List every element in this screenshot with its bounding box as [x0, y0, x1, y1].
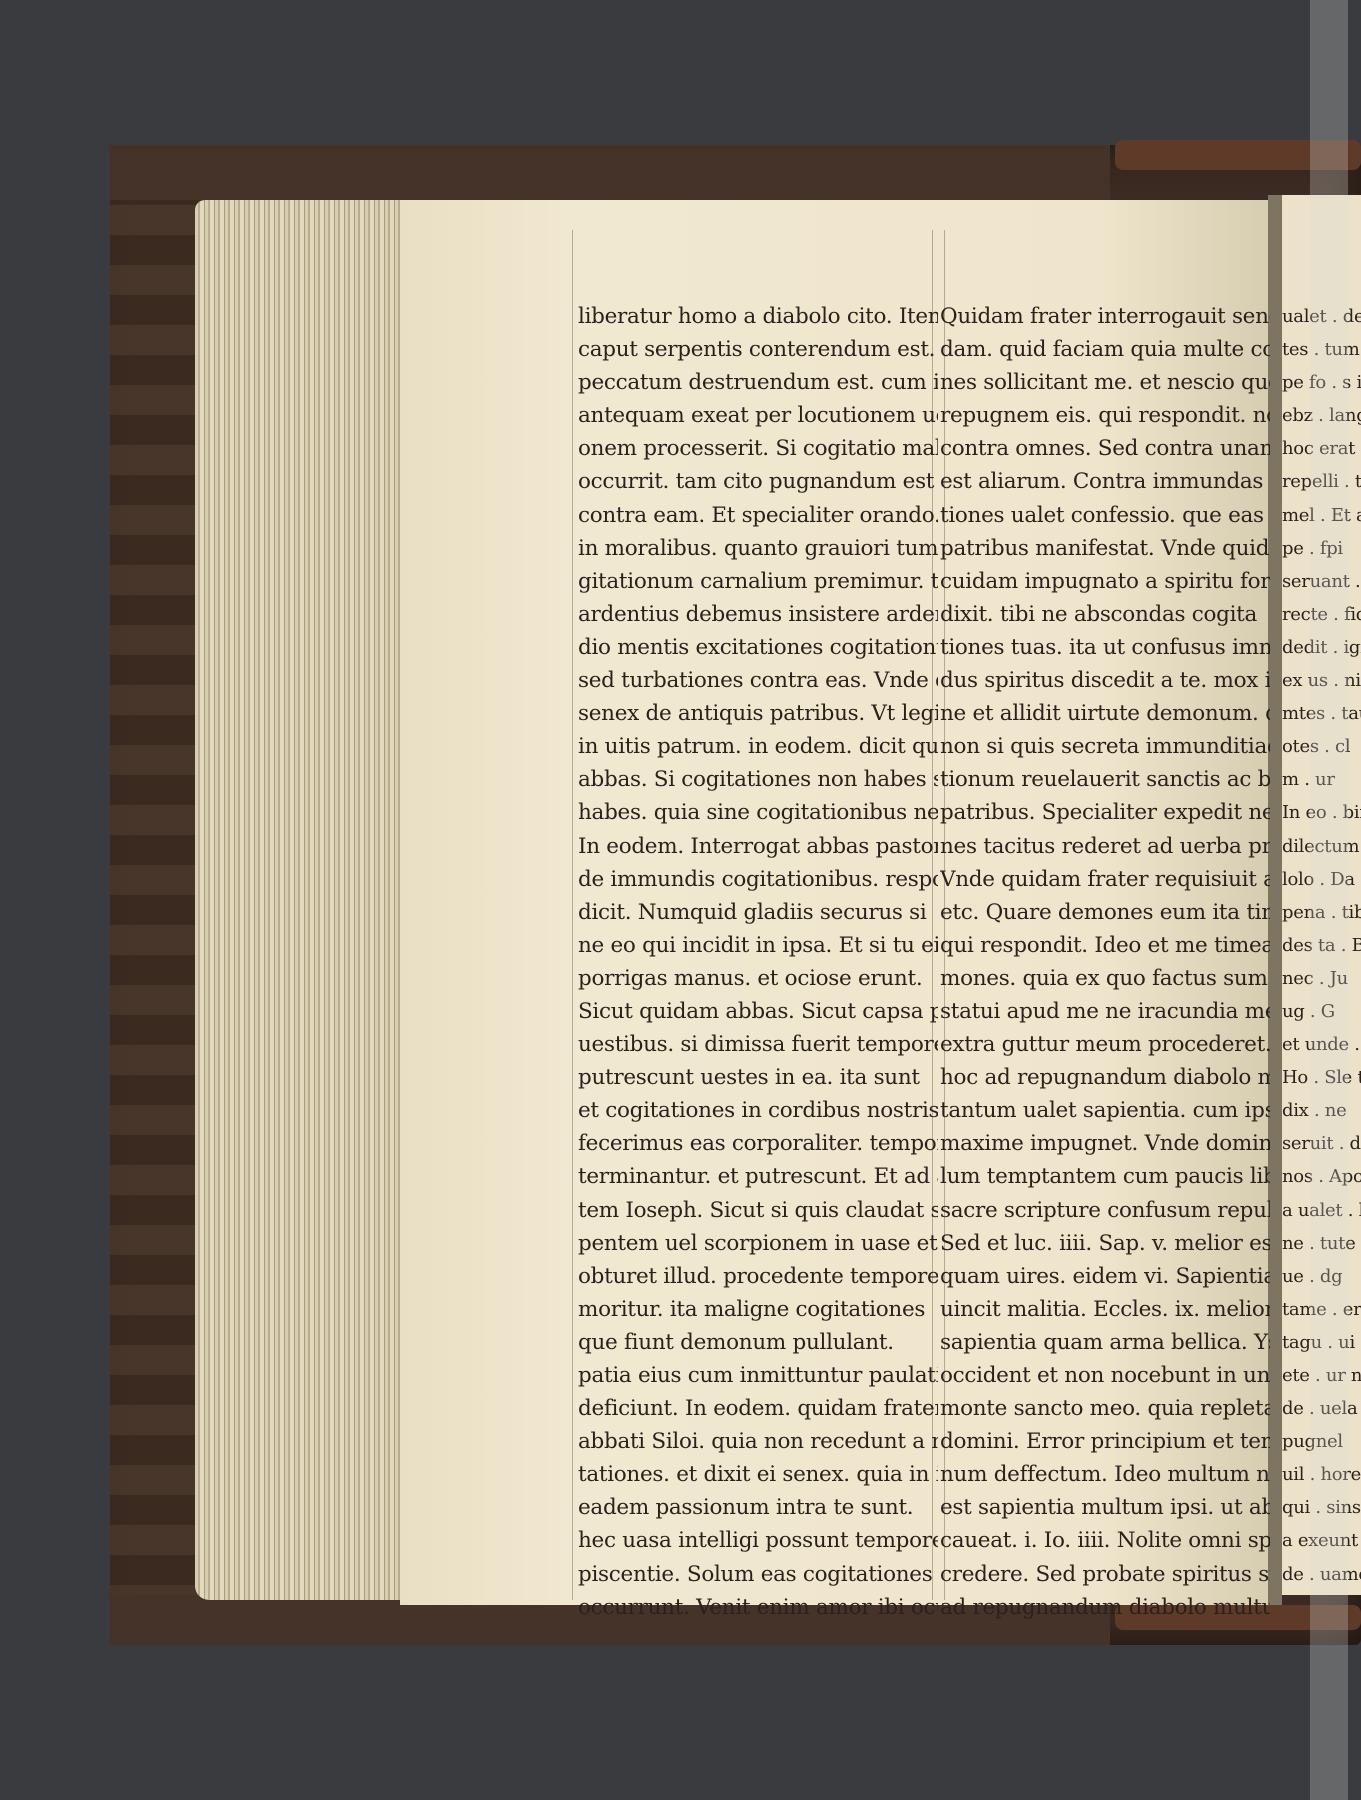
text-line: abbas. Si cogitationes non habes spem no…	[578, 763, 938, 796]
text-line: terminantur. et putrescunt. Et ad alia	[578, 1160, 938, 1193]
gutter	[1268, 195, 1282, 1605]
text-line: antequam exeat per locutionem uel operat…	[578, 399, 938, 432]
text-line: lum temptantem cum paucis libris	[940, 1160, 1270, 1193]
text-line: sed turbationes contra eas. Vnde dicit q…	[578, 664, 938, 697]
text-line: hec uasa intelligi possunt tempore concu	[578, 1524, 938, 1557]
text-line: senex de antiquis patribus. Vt legitur	[578, 697, 938, 730]
text-line: sapientia quam arma bellica. Ysa. xi. No…	[940, 1326, 1270, 1359]
text-line: in moralibus. quanto grauiori tumultu co	[578, 532, 938, 565]
text-line: de immundis cogitationibus. respondit	[578, 863, 938, 896]
text-line: uincit malitia. Eccles. ix. melior est	[940, 1293, 1270, 1326]
text-line: sacre scripture confusum repulit.	[940, 1194, 1270, 1227]
text-line: Sed et luc. iiii. Sap. v. melior est sap…	[940, 1227, 1270, 1260]
text-line: moritur. ita maligne cogitationes	[578, 1293, 938, 1326]
text-line: est aliarum. Contra immundas cogita	[940, 465, 1270, 498]
text-line: deficiunt. In eodem. quidam frater dicit	[578, 1392, 938, 1425]
text-line: monte sancto meo. quia repleta terra sci…	[940, 1392, 1270, 1425]
text-line: In eodem. Interrogat abbas pastor	[578, 830, 938, 863]
transparent-strap	[1310, 0, 1348, 1800]
text-line: caueat. i. Io. iiii. Nolite omni spiritu…	[940, 1524, 1270, 1557]
text-line: maxime impugnet. Vnde dominus diabo	[940, 1127, 1270, 1160]
text-line: etc. Quare demones eum ita timent.	[940, 896, 1270, 929]
text-line: gitationum carnalium premimur. tanto	[578, 565, 938, 598]
text-line: domini. Error principium et temptatio	[940, 1425, 1270, 1458]
text-line: dicit. Numquid gladiis securus si	[578, 896, 938, 929]
text-line: caput serpentis conterendum est. quia	[578, 333, 938, 366]
text-line: peccatum destruendum est. cum in corde e…	[578, 366, 938, 399]
text-line: liberatur homo a diabolo cito. Item	[578, 300, 938, 333]
text-block-edges	[195, 200, 405, 1600]
text-line: obturet illud. procedente tempore serpen…	[578, 1260, 938, 1293]
text-line: tantum ualet sapientia. cum ipse maxime	[940, 1094, 1270, 1127]
text-line: Sicut quidam abbas. Sicut capsa plena	[578, 995, 938, 1028]
text-line: porrigas manus. et ociose erunt.	[578, 962, 938, 995]
text-line: Vnde quidam frater requisiuit abbatem	[940, 863, 1270, 896]
text-line: fecerimus eas corporaliter. tempore long…	[578, 1127, 938, 1160]
text-line: nes sollicitant me. et nescio quomodo	[940, 366, 1270, 399]
text-line: quam uires. eidem vi. Sapientia non	[940, 1260, 1270, 1293]
text-line: qui respondit. Ideo et me timeant de	[940, 929, 1270, 962]
text-line: num deffectum. Ideo multum necessarium	[940, 1458, 1270, 1491]
text-line: hoc ad repugnandum diabolo multum	[940, 1061, 1270, 1094]
text-line: tiones tuas. ita ut confusus immun	[940, 631, 1270, 664]
text-line: contra eam. Et specialiter orando. Et gr…	[578, 499, 938, 532]
text-line: dixit. tibi ne abscondas cogita	[940, 598, 1270, 631]
text-line: uestibus. si dimissa fuerit tempore long…	[578, 1028, 938, 1061]
text-line: eadem passionum intra te sunt.	[578, 1491, 938, 1524]
text-line: occurrunt. Venit enim amor ibi oculus.	[578, 1591, 938, 1624]
text-line: in uitis patrum. in eodem. dicit quidam	[578, 730, 938, 763]
text-line: tionum reuelauerit sanctis ac beatissimi…	[940, 763, 1270, 796]
text-line: piscentie. Solum eas cogitationes in cor…	[578, 1558, 938, 1591]
text-line: putrescunt uestes in ea. ita sunt	[578, 1061, 938, 1094]
text-line: extra guttur meum procederet. Sed ad	[940, 1028, 1270, 1061]
text-line: credere. Sed probate spiritus si ex deo …	[940, 1558, 1270, 1591]
text-line: patribus. Specialiter expedit ne cogitat…	[940, 796, 1270, 829]
text-column-b: Quidam frater interrogauit senem quemdam…	[940, 300, 1270, 1624]
text-line: contra omnes. Sed contra unam que caput	[940, 432, 1270, 465]
text-line: onem processerit. Si cogitatio mala	[578, 432, 938, 465]
text-line: est sapientia multum ipsi. ut ab errore	[940, 1491, 1270, 1524]
text-line: nes tacitus rederet ad uerba procedant.	[940, 830, 1270, 863]
text-line: occident et non nocebunt in uniuerso	[940, 1359, 1270, 1392]
text-line: non si quis secreta immunditiae cogita	[940, 730, 1270, 763]
text-line: tationes. et dixit ei senex. quia in ill…	[578, 1458, 938, 1491]
text-line: dus spiritus discedit a te. mox in confu…	[940, 664, 1270, 697]
text-line: ne eo qui incidit in ipsa. Et si tu eis	[578, 929, 938, 962]
text-line: tem Ioseph. Sicut si quis claudat ser	[578, 1194, 938, 1227]
text-line: mones. quia ex quo factus sum monachus	[940, 962, 1270, 995]
text-line: habes. quia sine cogitationibus nec oper…	[578, 796, 938, 829]
text-column-a: liberatur homo a diabolo cito. Itemcaput…	[578, 300, 938, 1624]
text-line: ne et allidit uirtute demonum. quia	[940, 697, 1270, 730]
text-line: patia eius cum inmittuntur paulatim	[578, 1359, 938, 1392]
text-line: repugnem eis. qui respondit. non repugne…	[940, 399, 1270, 432]
text-line: ad repugnandum diabolo multum	[940, 1591, 1270, 1624]
text-line: tiones ualet confessio. que eas ses	[940, 499, 1270, 532]
text-line: dam. quid faciam quia multe cogitatio	[940, 333, 1270, 366]
text-line: Quidam frater interrogauit senem quem	[940, 300, 1270, 333]
text-line: patribus manifestat. Vnde quidam senum	[940, 532, 1270, 565]
text-line: cuidam impugnato a spiritu fornicationis	[940, 565, 1270, 598]
text-line: pentem uel scorpionem in uase et	[578, 1227, 938, 1260]
text-line: statui apud me ne iracundia mea	[940, 995, 1270, 1028]
ruling-line	[572, 230, 573, 1600]
text-line: dio mentis excitationes cogitationum	[578, 631, 938, 664]
text-line: et cogitationes in cordibus nostris. Si …	[578, 1094, 938, 1127]
text-line: occurrit. tam cito pugnandum est	[578, 465, 938, 498]
text-line: ardentius debemus insistere ardenti stu	[578, 598, 938, 631]
text-line: abbati Siloi. quia non recedunt a me tem…	[578, 1425, 938, 1458]
cover-top-edge	[110, 145, 1110, 200]
text-line: que fiunt demonum pullulant.	[578, 1326, 938, 1359]
